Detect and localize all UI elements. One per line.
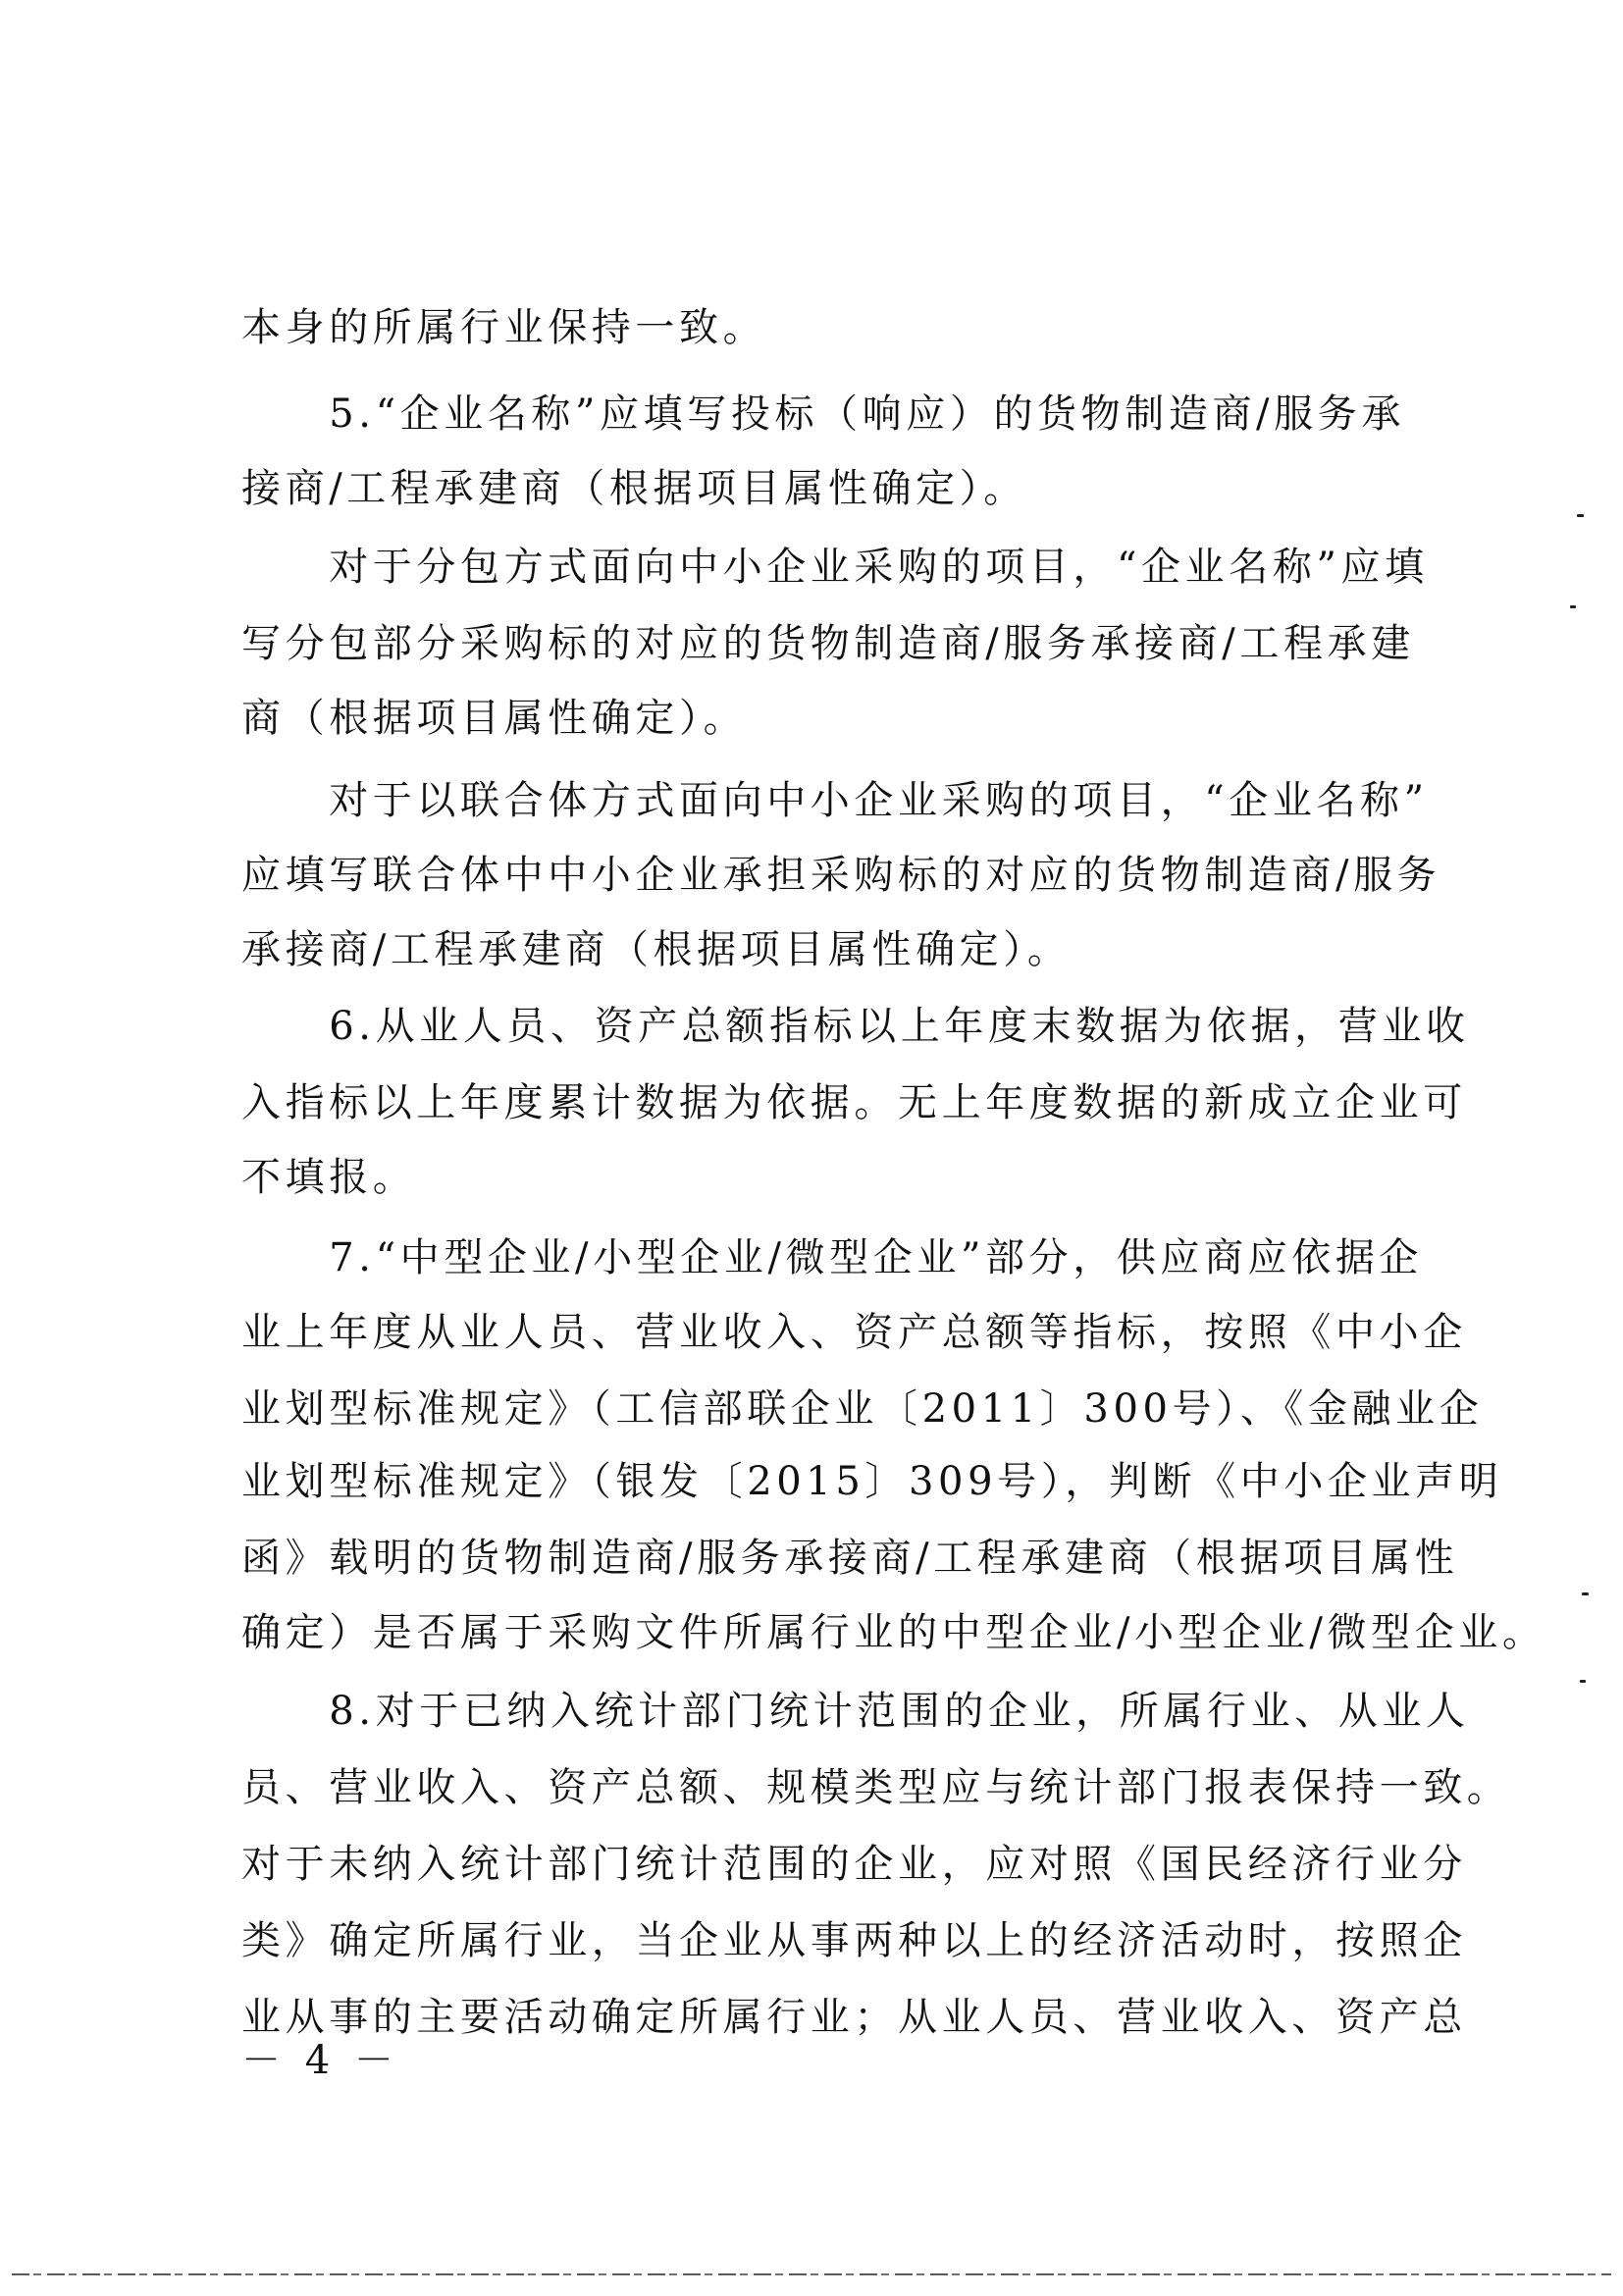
text-line: 商（根据项目属性确定）。 [241,693,1409,744]
text-line: 本身的所属行业保持一致。 [241,302,1409,353]
text-line: 6.从业人员、资产总额指标以上年度末数据为依据，营业收 [241,1001,1409,1052]
text-line: 业划型标准规定》（银发〔2015〕309号），判断《中小企业声明 [241,1456,1409,1507]
page-number: － 4 － [241,2035,399,2086]
document-page: 本身的所属行业保持一致。 5.“企业名称”应填写投标（响应）的货物制造商/服务承… [0,0,1623,2296]
text-line: 业从事的主要活动确定所属行业；从业人员、营业收入、资产总 [241,1992,1409,2043]
text-line: 入指标以上年度累计数据为依据。无上年度数据的新成立企业可 [241,1077,1409,1128]
text-line: 对于分包方式面向中小企业采购的项目，“企业名称”应填 [241,542,1409,593]
scan-speck [1570,605,1576,608]
text-line: 写分包部分采购标的对应的货物制造商/服务承接商/工程承建 [241,618,1409,669]
text-line: 对于以联合体方式面向中小企业采购的项目，“企业名称” [241,775,1409,826]
scan-speck [1577,514,1584,517]
text-line: 不填报。 [241,1152,1409,1203]
text-line: 类》确定所属行业，当企业从事两种以上的经济活动时，按照企 [241,1915,1409,1966]
scan-speck [1582,1592,1589,1595]
text-line: 7.“中型企业/小型企业/微型企业”部分，供应商应依据企 [241,1232,1409,1283]
scan-speck [1580,1680,1586,1683]
text-line: 5.“企业名称”应填写投标（响应）的货物制造商/服务承 [241,389,1409,440]
text-line: 函》载明的货物制造商/服务承接商/工程承建商（根据项目属性 [241,1533,1409,1584]
text-line: 业上年度从业人员、营业收入、资产总额等指标，按照《中小企 [241,1307,1409,1358]
text-line: 员、营业收入、资产总额、规模类型应与统计部门报表保持一致。 [241,1762,1409,1813]
text-line: 对于未纳入统计部门统计范围的企业，应对照《国民经济行业分 [241,1839,1409,1890]
text-line: 应填写联合体中中小企业承担采购标的对应的货物制造商/服务 [241,850,1409,901]
text-line: 确定）是否属于采购文件所属行业的中型企业/小型企业/微型企业。 [241,1607,1409,1658]
text-line: 承接商/工程承建商（根据项目属性确定）。 [241,924,1409,975]
scan-bottom-edge [12,2273,1611,2275]
text-line: 业划型标准规定》（工信部联企业〔2011〕300号）、《金融业企 [241,1383,1409,1435]
text-line: 接商/工程承建商（根据项目属性确定）。 [241,463,1409,514]
text-line: 8.对于已纳入统计部门统计范围的企业，所属行业、从业人 [241,1686,1409,1737]
